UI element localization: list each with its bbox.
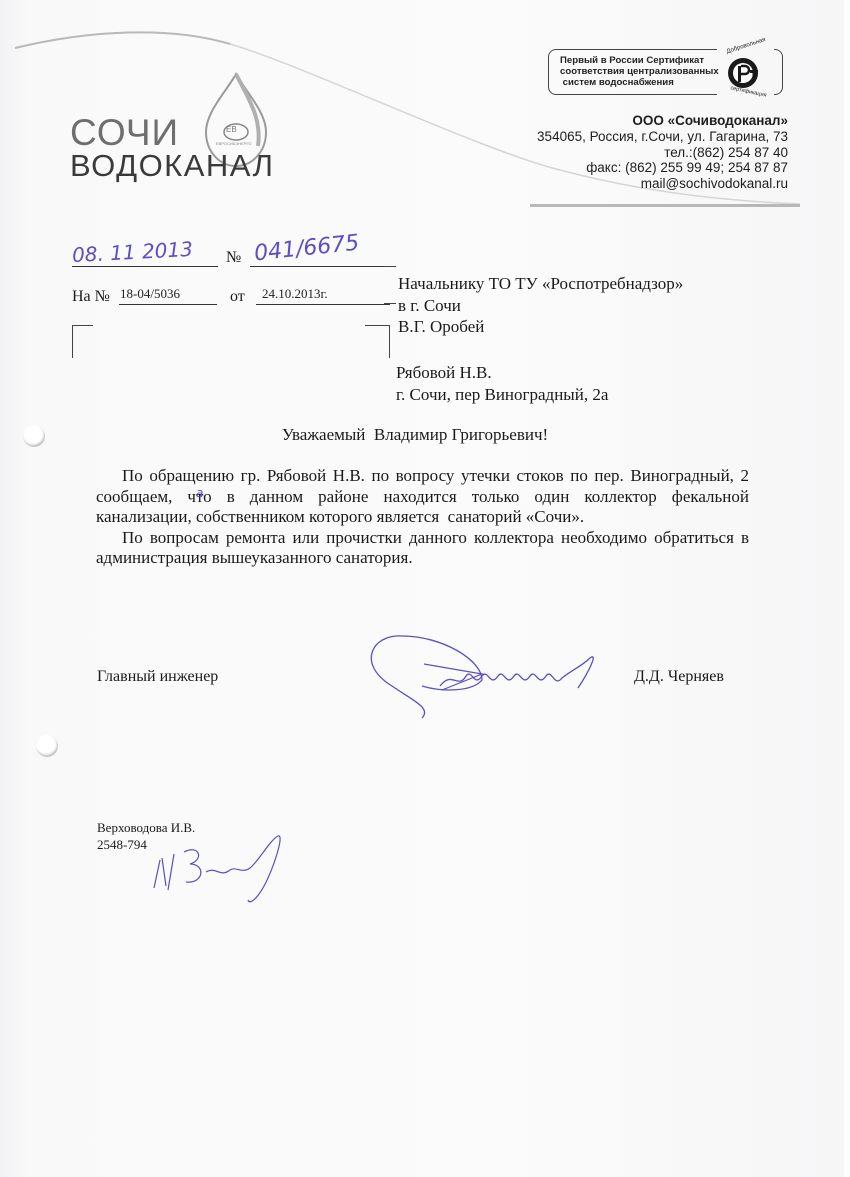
company-address: 354065, Россия, г.Сочи, ул. Гагарина, 73 <box>537 129 788 145</box>
emblem-subtext: ЕВРОСИБЭНЕРГО <box>216 141 252 146</box>
reply-label: На № <box>72 288 110 306</box>
address-corner-right <box>365 325 390 358</box>
header-divider <box>530 204 800 207</box>
company-phone: тел.:(862) 254 87 40 <box>537 145 788 161</box>
body-paragraph: По вопросам ремонта или прочистки данног… <box>96 528 749 569</box>
address-tick <box>384 266 396 267</box>
page-edge <box>844 0 850 1177</box>
reply-date-underline <box>256 304 390 305</box>
certificate-text: Первый в России Сертификат соответствия … <box>560 55 719 88</box>
greeting: Уважаемый Владимир Григорьевич! <box>0 425 850 445</box>
date-underline <box>72 266 218 267</box>
greeting-text: Уважаемый Владимир Григорьевич! <box>282 425 548 444</box>
body-paragraph: По обращению гр. Рябовой Н.В. по вопросу… <box>96 466 749 528</box>
handwritten-insert: а <box>196 486 203 500</box>
addressee-line: в г. Сочи <box>398 295 683 317</box>
punch-hole <box>23 425 45 447</box>
copy-recipient-block: Рябовой Н.В. г. Сочи, пер Виноградный, 2… <box>396 362 608 405</box>
signatory-name: Д.Д. Черняев <box>634 668 724 686</box>
certificate-line: Первый в России Сертификат <box>560 55 719 66</box>
copy-recipient-line: Рябовой Н.В. <box>396 362 608 384</box>
number-underline <box>250 266 390 267</box>
certificate-frame-right <box>774 49 783 95</box>
reply-number: 18-04/5036 <box>120 286 180 302</box>
address-tick <box>384 303 396 304</box>
outgoing-number-handwritten: 041/6675 <box>253 231 360 267</box>
certificate-line: соответствия централизованных <box>560 66 719 77</box>
address-corner-left <box>72 325 93 358</box>
certificate-box: Первый в России Сертификат соответствия … <box>548 49 782 95</box>
company-email: mail@sochivodokanal.ru <box>537 176 788 192</box>
addressee-block: Начальнику ТО ТУ «Роспотребнадзор» в г. … <box>398 273 683 338</box>
signatory-title: Главный инженер <box>97 668 218 686</box>
addressee-line: В.Г. Оробей <box>398 316 683 338</box>
from-label: от <box>230 288 245 306</box>
addressee-line: Начальнику ТО ТУ «Роспотребнадзор» <box>398 273 683 295</box>
letter-page: ЕВ ЕВРОСИБЭНЕРГО СОЧИ ВОДОКАНАЛ Первый в… <box>0 0 850 1177</box>
copy-recipient-line: г. Сочи, пер Виноградный, 2а <box>396 384 608 406</box>
number-label: № <box>226 249 241 267</box>
punch-hole <box>36 735 58 757</box>
director-signature-icon <box>362 630 612 720</box>
logo-title-vodokanal: ВОДОКАНАЛ <box>70 148 275 184</box>
certificate-line: систем водоснабжения <box>560 77 719 88</box>
letter-body: По обращению гр. Рябовой Н.В. по вопросу… <box>96 466 749 569</box>
company-fax: факс: (862) 255 99 49; 254 87 87 <box>537 160 788 176</box>
company-details: ООО «Сочиводоканал» 354065, Россия, г.Со… <box>537 113 788 192</box>
company-name: ООО «Сочиводоканал» <box>537 113 788 129</box>
executor-signature-icon <box>150 830 290 910</box>
reply-date: 24.10.2013г. <box>262 286 328 302</box>
reply-number-underline <box>119 304 217 305</box>
emblem-text: ЕВ <box>226 125 237 134</box>
outgoing-date-handwritten: 08. 11 2013 <box>71 237 193 267</box>
